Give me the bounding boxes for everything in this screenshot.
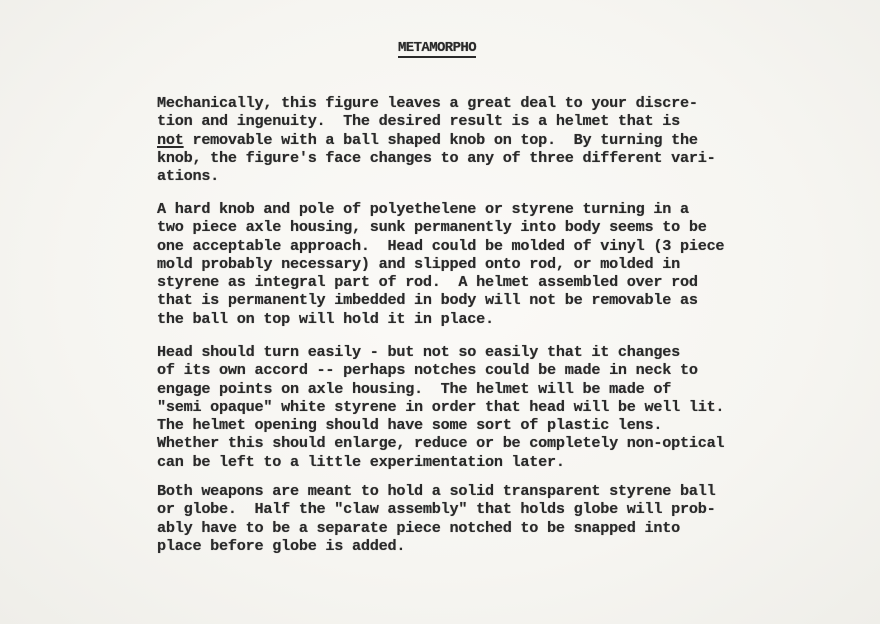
text-line: tion and ingenuity. The desired result i… <box>157 112 777 130</box>
underlined-word: not <box>157 131 184 149</box>
text-line: ations. <box>157 167 777 185</box>
text-line: or globe. Half the "claw assembly" that … <box>157 500 777 518</box>
document-title-text: METAMORPHO <box>398 40 476 58</box>
text-line: one acceptable approach. Head could be m… <box>157 237 777 255</box>
text-line: styrene as integral part of rod. A helme… <box>157 273 777 291</box>
text-line: Both weapons are meant to hold a solid t… <box>157 482 777 500</box>
text-line: "semi opaque" white styrene in order tha… <box>157 398 777 416</box>
text-line: engage points on axle housing. The helme… <box>157 380 777 398</box>
text-line: can be left to a little experimentation … <box>157 453 777 471</box>
text-line: not removable with a ball shaped knob on… <box>157 131 777 149</box>
document-title: METAMORPHO <box>0 40 874 56</box>
typewritten-page: METAMORPHO Mechanically, this figure lea… <box>0 0 880 624</box>
text-line: that is permanently imbedded in body wil… <box>157 291 777 309</box>
text-line: Head should turn easily - but not so eas… <box>157 343 777 361</box>
text-line: mold probably necessary) and slipped ont… <box>157 255 777 273</box>
text-line: Mechanically, this figure leaves a great… <box>157 94 777 112</box>
text-line-rest: removable with a ball shaped knob on top… <box>184 131 698 149</box>
text-line: The helmet opening should have some sort… <box>157 416 777 434</box>
text-line: knob, the figure's face changes to any o… <box>157 149 777 167</box>
text-line: the ball on top will hold it in place. <box>157 310 777 328</box>
paragraph-knob-housing: A hard knob and pole of polyethelene or … <box>157 200 777 328</box>
paragraph-weapons: Both weapons are meant to hold a solid t… <box>157 482 777 555</box>
text-line: Whether this should enlarge, reduce or b… <box>157 434 777 452</box>
text-line: ably have to be a separate piece notched… <box>157 519 777 537</box>
text-line: place before globe is added. <box>157 537 777 555</box>
paragraph-mechanics: Mechanically, this figure leaves a great… <box>157 94 777 185</box>
text-line: of its own accord -- perhaps notches cou… <box>157 361 777 379</box>
text-line: two piece axle housing, sunk permanently… <box>157 218 777 236</box>
text-line: A hard knob and pole of polyethelene or … <box>157 200 777 218</box>
paragraph-head-turning: Head should turn easily - but not so eas… <box>157 343 777 471</box>
